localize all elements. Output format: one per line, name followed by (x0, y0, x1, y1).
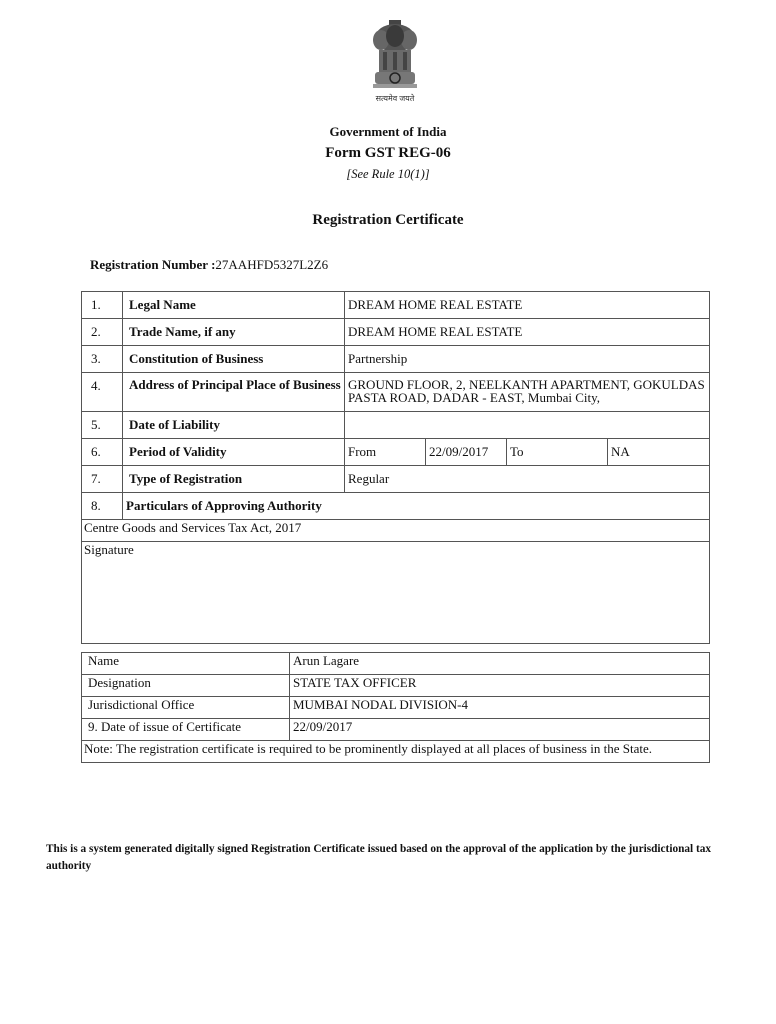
table-row: 2. Trade Name, if any DREAM HOME REAL ES… (82, 319, 710, 346)
table-row: 7. Type of Registration Regular (82, 466, 710, 493)
address-value: GROUND FLOOR, 2, NEELKANTH APARTMENT, GO… (345, 373, 710, 412)
row-number: 3. (82, 346, 123, 373)
row-number: 8. (82, 493, 123, 520)
issue-date-value: 22/09/2017 (290, 719, 710, 741)
jurisdictional-office-label: Jurisdictional Office (82, 697, 290, 719)
validity-from-value: 22/09/2017 (426, 439, 507, 466)
system-generated-footer: This is a system generated digitally sig… (46, 841, 746, 875)
table-row: 3. Constitution of Business Partnership (82, 346, 710, 373)
authority-table: Name Arun Lagare Designation STATE TAX O… (81, 652, 710, 763)
validity-to-value: NA (608, 439, 710, 466)
signature-label: Signature (82, 542, 710, 644)
row-label: Type of Registration (123, 466, 345, 493)
table-row: Name Arun Lagare (82, 653, 710, 675)
certificate-title: Registration Certificate (0, 212, 776, 229)
form-title: Form GST REG-06 (0, 145, 776, 162)
registration-number-label: Registration Number : (90, 257, 215, 272)
table-row: 4. Address of Principal Place of Busines… (82, 373, 710, 412)
row-label: Address of Principal Place of Business (123, 373, 345, 412)
row-number: 5. (82, 412, 123, 439)
table-row: Designation STATE TAX OFFICER (82, 675, 710, 697)
table-row: 9. Date of issue of Certificate 22/09/20… (82, 719, 710, 741)
trade-name-value: DREAM HOME REAL ESTATE (345, 319, 710, 346)
row-number: 2. (82, 319, 123, 346)
registration-number: Registration Number :27AAHFD5327L2Z6 (90, 257, 328, 273)
issue-date-label: 9. Date of issue of Certificate (82, 719, 290, 741)
emblem-motto: सत्यमेव जयते (360, 93, 430, 104)
validity-from-label: From (345, 439, 426, 466)
row-label: Constitution of Business (123, 346, 345, 373)
legal-name-value: DREAM HOME REAL ESTATE (345, 292, 710, 319)
liability-date-value (345, 412, 710, 439)
row-number: 7. (82, 466, 123, 493)
row-number: 1. (82, 292, 123, 319)
row-label: Particulars of Approving Authority (123, 493, 710, 520)
constitution-value: Partnership (345, 346, 710, 373)
table-row: Note: The registration certificate is re… (82, 741, 710, 763)
rule-reference: [See Rule 10(1)] (0, 167, 776, 182)
table-row: 5. Date of Liability (82, 412, 710, 439)
designation-label: Designation (82, 675, 290, 697)
table-row: Centre Goods and Services Tax Act, 2017 (82, 520, 710, 542)
officer-name-label: Name (82, 653, 290, 675)
jurisdictional-office-value: MUMBAI NODAL DIVISION-4 (290, 697, 710, 719)
row-label: Date of Liability (123, 412, 345, 439)
signature-row: Signature (82, 542, 710, 644)
registration-type-value: Regular (345, 466, 710, 493)
display-note: Note: The registration certificate is re… (82, 741, 710, 763)
government-heading: Government of India (0, 124, 776, 140)
table-row: 8. Particulars of Approving Authority (82, 493, 710, 520)
officer-name-value: Arun Lagare (290, 653, 710, 675)
row-label: Period of Validity (123, 439, 345, 466)
table-row: 1. Legal Name DREAM HOME REAL ESTATE (82, 292, 710, 319)
registration-number-value: 27AAHFD5327L2Z6 (215, 257, 328, 272)
table-row: 6. Period of Validity From 22/09/2017 To… (82, 439, 710, 466)
row-number: 4. (82, 373, 123, 412)
act-name: Centre Goods and Services Tax Act, 2017 (82, 520, 710, 542)
validity-to-label: To (507, 439, 608, 466)
designation-value: STATE TAX OFFICER (290, 675, 710, 697)
certificate-table: 1. Legal Name DREAM HOME REAL ESTATE 2. … (81, 291, 710, 644)
row-number: 6. (82, 439, 123, 466)
row-label: Legal Name (123, 292, 345, 319)
row-label: Trade Name, if any (123, 319, 345, 346)
table-row: Jurisdictional Office MUMBAI NODAL DIVIS… (82, 697, 710, 719)
